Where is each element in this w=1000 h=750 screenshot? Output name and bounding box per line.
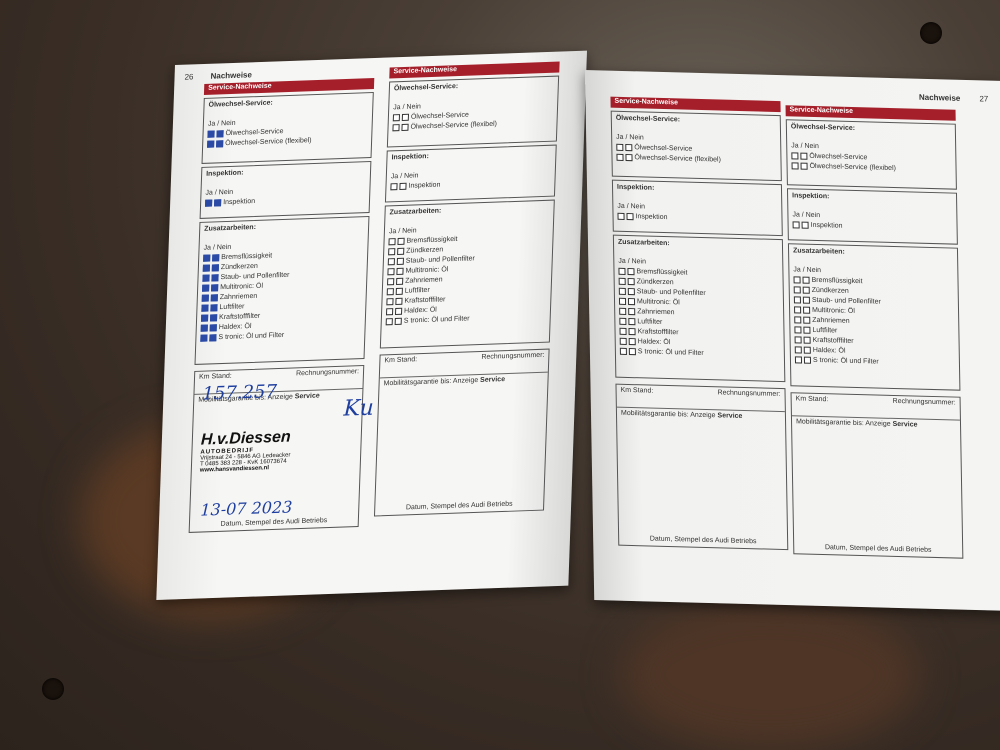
item-label: Inspektion: [811, 222, 843, 230]
checkbox-yes[interactable]: [795, 356, 802, 363]
checklist-item: Zündkerzen: [619, 278, 779, 289]
checkbox-yes[interactable]: [202, 275, 209, 282]
invoice-label: Rechnungsnummer:: [893, 398, 956, 418]
checkbox-yes[interactable]: [620, 338, 627, 345]
service-record-column: Service-Nachweise Ölwechsel-Service: Ja …: [374, 62, 560, 517]
item-label: Staub- und Pollenfilter: [812, 297, 881, 306]
item-label: Staub- und Pollenfilter: [406, 255, 475, 264]
item-label: Multitronic: Öl: [405, 266, 448, 274]
checkbox-no[interactable]: [210, 304, 217, 311]
checklist-item: Ölwechsel-Service (flexibel): [616, 154, 776, 165]
page-header: Nachweise: [919, 93, 961, 103]
service-record-column: Service-Nachweise Ölwechsel-Service: Ja …: [610, 97, 788, 550]
checkbox-yes[interactable]: [207, 141, 214, 148]
page-number: 27: [979, 94, 988, 103]
item-label: Haldex: Öl: [404, 307, 437, 315]
signature: Ku: [343, 396, 374, 422]
checkbox-yes[interactable]: [386, 318, 393, 325]
checkbox-yes[interactable]: [202, 295, 209, 302]
date-stamp-label: Datum, Stempel des Audi Betriebs: [619, 535, 787, 546]
item-label: S tronic: Öl und Filter: [218, 332, 284, 341]
oil-service-box: Ölwechsel-Service: Ja / Nein Ölwechsel-S…: [202, 92, 374, 164]
checklist-item: Kraftstofffilter: [795, 336, 955, 347]
item-label: Luftfilter: [637, 318, 662, 326]
checkbox-yes[interactable]: [203, 265, 210, 272]
checkbox-yes[interactable]: [794, 276, 801, 283]
checkbox-yes[interactable]: [619, 298, 626, 305]
box-title: Ölwechsel-Service:: [208, 96, 368, 109]
stamp-box: Km Stand:Rechnungsnummer: Mobilitätsgara…: [374, 349, 550, 517]
checklist-item: Staub- und Pollenfilter: [619, 288, 779, 299]
item-label: Luftfilter: [812, 327, 837, 335]
box-title: Ölwechsel-Service:: [791, 123, 951, 134]
item-label: Ölwechsel-Service (flexibel): [410, 121, 497, 131]
oil-service-box: Ölwechsel-Service: Ja / Nein Ölwechsel-S…: [387, 76, 559, 148]
checkbox-yes[interactable]: [619, 328, 626, 335]
checklist-item: Zündkerzen: [794, 286, 954, 297]
checkbox-yes[interactable]: [793, 221, 800, 228]
km-label: Km Stand:: [621, 387, 654, 406]
yes-no-label: Ja / Nein: [792, 211, 952, 222]
checkbox-no[interactable]: [803, 297, 810, 304]
checkbox-no[interactable]: [401, 124, 408, 131]
item-label: Ölwechsel-Service: [411, 112, 469, 121]
checkbox-no[interactable]: [803, 287, 810, 294]
item-label: Luftfilter: [405, 287, 430, 295]
checklist-item: Kraftstofffilter: [619, 328, 779, 339]
checkbox-yes[interactable]: [619, 308, 626, 315]
item-label: Bremsflüssigkeit: [812, 277, 863, 285]
checkbox-yes[interactable]: [792, 162, 799, 169]
checkbox-yes[interactable]: [619, 288, 626, 295]
checklist-item: Haldex: Öl: [620, 338, 780, 349]
stamp-box: Km Stand:Rechnungsnummer: Mobilitätsgara…: [791, 392, 964, 558]
checkbox-yes[interactable]: [795, 346, 802, 353]
item-label: S tronic: Öl und Filter: [813, 357, 879, 366]
checkbox-no[interactable]: [803, 307, 810, 314]
item-label: S tronic: Öl und Filter: [638, 348, 704, 357]
checkbox-no[interactable]: [397, 248, 404, 255]
checklist-item: Ölwechsel-Service (flexibel): [207, 135, 367, 148]
checklist-item: S tronic: Öl und Filter: [795, 356, 955, 367]
checkbox-yes[interactable]: [392, 124, 399, 131]
checklist-item: S tronic: Öl und Filter: [620, 348, 780, 359]
checkbox-yes[interactable]: [207, 131, 214, 138]
item-label: Haldex: Öl: [813, 347, 846, 355]
checkbox-yes[interactable]: [203, 255, 210, 262]
checklist-item: Inspektion: [390, 178, 550, 191]
rust-patch: [620, 600, 920, 750]
checklist-item: Zahnriemen: [619, 308, 779, 319]
page-number: 26: [184, 72, 193, 81]
checkbox-no[interactable]: [628, 308, 635, 315]
checkbox-yes[interactable]: [387, 268, 394, 275]
checkbox-yes[interactable]: [390, 183, 397, 190]
km-label: Km Stand:: [796, 395, 829, 414]
item-label: S tronic: Öl und Filter: [404, 315, 470, 324]
checklist-item: Inspektion: [617, 213, 777, 224]
invoice-label: Rechnungsnummer:: [296, 368, 360, 388]
item-label: Inspektion: [408, 182, 440, 190]
checkbox-yes[interactable]: [794, 296, 801, 303]
checkbox-yes[interactable]: [619, 278, 626, 285]
checkbox-no[interactable]: [628, 288, 635, 295]
checkbox-yes[interactable]: [794, 316, 801, 323]
checkbox-no[interactable]: [801, 163, 808, 170]
checkbox-no[interactable]: [803, 277, 810, 284]
handwritten-date: 13-07 2023: [200, 497, 293, 519]
yes-no-label: Ja / Nein: [791, 142, 951, 153]
checkbox-no[interactable]: [210, 314, 217, 321]
item-label: Multitronic: Öl: [812, 307, 855, 315]
handwritten-km: 157.257: [202, 381, 277, 405]
checklist-item: Ölwechsel-Service: [616, 144, 776, 155]
checkbox-no[interactable]: [397, 238, 404, 245]
checklist-item: Zahnriemen: [794, 316, 954, 327]
item-label: Kraftstofffilter: [637, 328, 678, 336]
extra-work-box: Zusatzarbeiten: Ja / Nein Bremsflüssigke…: [613, 235, 785, 382]
checkbox-no[interactable]: [214, 199, 221, 206]
item-label: Bremsflüssigkeit: [636, 268, 687, 276]
checkbox-yes[interactable]: [794, 286, 801, 293]
item-label: Zündkerzen: [221, 263, 258, 271]
box-title: Inspektion:: [206, 165, 366, 178]
checkbox-no[interactable]: [626, 213, 633, 220]
checkbox-yes[interactable]: [205, 200, 212, 207]
checkbox-yes[interactable]: [393, 114, 400, 121]
item-label: Zahnriemen: [220, 293, 258, 301]
checkbox-no[interactable]: [804, 357, 811, 364]
checkbox-no[interactable]: [395, 318, 402, 325]
item-label: Bremsflüssigkeit: [406, 236, 457, 245]
checkbox-yes[interactable]: [388, 248, 395, 255]
checklist-item: Inspektion: [205, 194, 365, 207]
checkbox-yes[interactable]: [388, 238, 395, 245]
checkbox-yes[interactable]: [387, 288, 394, 295]
service-booklet: 26 Nachweise Service-Nachweise Ölwechsel…: [175, 45, 1000, 605]
item-label: Zahnriemen: [637, 308, 674, 316]
item-label: Ölwechsel-Service: [634, 144, 692, 153]
checklist-item: Ölwechsel-Service (flexibel): [792, 162, 952, 173]
box-title: Zusatzarbeiten:: [204, 220, 364, 233]
checkbox-no[interactable]: [395, 308, 402, 315]
invoice-label: Rechnungsnummer:: [717, 389, 780, 409]
item-label: Bremsflüssigkeit: [221, 252, 272, 261]
yes-no-label: Ja / Nein: [616, 134, 776, 145]
checklist-item: S tronic: Öl und Filter: [200, 329, 360, 342]
checkbox-no[interactable]: [212, 254, 219, 261]
item-label: Ölwechsel-Service (flexibel): [810, 163, 896, 172]
checkbox-no[interactable]: [212, 264, 219, 271]
service-record-column: Service-Nachweise Ölwechsel-Service: Ja …: [189, 78, 375, 533]
checkbox-no[interactable]: [802, 222, 809, 229]
checkbox-no[interactable]: [627, 268, 634, 275]
checklist-item: Multitronic: Öl: [794, 306, 954, 317]
item-label: Ölwechsel-Service: [225, 128, 283, 137]
checklist-item: Luftfilter: [794, 326, 954, 337]
item-label: Zahnriemen: [812, 317, 849, 325]
checkbox-yes[interactable]: [202, 285, 209, 292]
checklist-item: Ölwechsel-Service (flexibel): [392, 119, 552, 132]
checkbox-yes[interactable]: [618, 268, 625, 275]
checkbox-no[interactable]: [803, 327, 810, 334]
item-label: Zündkerzen: [406, 246, 443, 254]
inspection-box: Inspektion: Ja / Nein Inspektion: [385, 145, 557, 203]
checkbox-no[interactable]: [396, 278, 403, 285]
checkbox-yes[interactable]: [617, 213, 624, 220]
checkbox-no[interactable]: [396, 288, 403, 295]
checkbox-no[interactable]: [628, 298, 635, 305]
checkbox-yes[interactable]: [791, 152, 798, 159]
checklist-item: Inspektion: [793, 221, 953, 232]
box-title: Zusatzarbeiten:: [618, 239, 778, 250]
dealer-stamp: H.v.DiessenAUTOBEDRIJFVrijstraat 24 - 58…: [200, 428, 292, 473]
checkbox-no[interactable]: [210, 324, 217, 331]
page-header: Nachweise: [210, 70, 252, 80]
stamp-box: Km Stand:Rechnungsnummer: Mobilitätsgara…: [189, 365, 365, 533]
checkbox-yes[interactable]: [616, 144, 623, 151]
extra-work-box: Zusatzarbeiten: Ja / Nein Bremsflüssigke…: [788, 243, 960, 390]
checkbox-no[interactable]: [628, 318, 635, 325]
checkbox-yes[interactable]: [200, 335, 207, 342]
checkbox-no[interactable]: [395, 298, 402, 305]
checkbox-no[interactable]: [211, 284, 218, 291]
item-label: Staub- und Pollenfilter: [220, 272, 289, 281]
checklist-item: Bremsflüssigkeit: [794, 276, 954, 287]
extra-work-box: Zusatzarbeiten: Ja / Nein Bremsflüssigke…: [194, 216, 369, 365]
checkbox-no[interactable]: [216, 130, 223, 137]
yes-no-label: Ja / Nein: [618, 258, 778, 269]
item-label: Inspektion: [223, 198, 255, 206]
item-label: Multitronic: Öl: [637, 298, 680, 306]
checklist-item: Haldex: Öl: [795, 346, 955, 357]
box-title: Inspektion:: [792, 192, 952, 203]
checkbox-yes[interactable]: [619, 318, 626, 325]
checkbox-no[interactable]: [628, 278, 635, 285]
oil-service-box: Ölwechsel-Service: Ja / Nein Ölwechsel-S…: [611, 111, 782, 181]
item-label: Luftfilter: [219, 303, 244, 311]
item-label: Zahnriemen: [405, 276, 443, 284]
service-record-column: Service-Nachweise Ölwechsel-Service: Ja …: [786, 105, 964, 558]
date-stamp-label: Datum, Stempel des Audi Betriebs: [375, 500, 543, 513]
checkbox-yes[interactable]: [794, 306, 801, 313]
checkbox-yes[interactable]: [388, 258, 395, 265]
item-label: Haldex: Öl: [219, 323, 252, 331]
yes-no-label: Ja / Nein: [617, 203, 777, 214]
item-label: Ölwechsel-Service: [809, 153, 867, 162]
bolt-hole: [42, 678, 64, 700]
checkbox-no[interactable]: [211, 274, 218, 281]
box-title: Ölwechsel-Service:: [394, 80, 554, 93]
inspection-box: Inspektion: Ja / Nein Inspektion: [200, 161, 372, 219]
checklist-item: Bremsflüssigkeit: [618, 268, 778, 279]
box-title: Ölwechsel-Service:: [616, 115, 776, 126]
bolt-hole: [920, 22, 942, 44]
section-banner: Service-Nachweise: [610, 97, 780, 112]
oil-service-box: Ölwechsel-Service: Ja / Nein Ölwechsel-S…: [786, 119, 957, 189]
checkbox-no[interactable]: [628, 328, 635, 335]
item-label: Kraftstofffilter: [404, 296, 445, 304]
checkbox-yes[interactable]: [794, 326, 801, 333]
km-label: Km Stand:: [384, 356, 417, 375]
checkbox-yes[interactable]: [201, 315, 208, 322]
item-label: Ölwechsel-Service (flexibel): [225, 137, 312, 147]
checkbox-no[interactable]: [804, 337, 811, 344]
checkbox-no[interactable]: [211, 294, 218, 301]
item-label: Zündkerzen: [812, 287, 849, 295]
checkbox-no[interactable]: [399, 183, 406, 190]
inspection-box: Inspektion: Ja / Nein Inspektion: [612, 180, 783, 236]
checkbox-no[interactable]: [396, 268, 403, 275]
extra-work-box: Zusatzarbeiten: Ja / Nein Bremsflüssigke…: [380, 200, 555, 349]
checkbox-yes[interactable]: [795, 336, 802, 343]
box-title: Zusatzarbeiten:: [793, 247, 953, 258]
checkbox-yes[interactable]: [386, 308, 393, 315]
checkbox-yes[interactable]: [616, 154, 623, 161]
box-title: Zusatzarbeiten:: [389, 204, 549, 217]
checklist-item: Ölwechsel-Service: [791, 152, 951, 163]
checkbox-no[interactable]: [804, 347, 811, 354]
checkbox-yes[interactable]: [620, 348, 627, 355]
inspection-box: Inspektion: Ja / Nein Inspektion: [787, 188, 958, 244]
checkbox-yes[interactable]: [201, 325, 208, 332]
checkbox-no[interactable]: [629, 338, 636, 345]
checklist-item: Staub- und Pollenfilter: [794, 296, 954, 307]
invoice-label: Rechnungsnummer:: [481, 352, 545, 372]
checklist-item: Multitronic: Öl: [619, 298, 779, 309]
item-label: Staub- und Pollenfilter: [637, 288, 706, 297]
checkbox-no[interactable]: [625, 144, 632, 151]
checkbox-no[interactable]: [629, 348, 636, 355]
item-label: Zündkerzen: [637, 278, 674, 286]
checkbox-no[interactable]: [216, 140, 223, 147]
item-label: Kraftstofffilter: [219, 313, 260, 321]
checkbox-no[interactable]: [800, 153, 807, 160]
box-title: Inspektion:: [617, 184, 777, 195]
stamp-box: Km Stand:Rechnungsnummer: Mobilitätsgara…: [615, 384, 788, 550]
checklist-item: Luftfilter: [619, 318, 779, 329]
item-label: Haldex: Öl: [638, 338, 671, 346]
checkbox-yes[interactable]: [201, 305, 208, 312]
item-label: Kraftstofffilter: [813, 337, 854, 345]
checklist-item: S tronic: Öl und Filter: [386, 313, 546, 326]
page-right: Nachweise 27 Service-Nachweise Ölwechsel…: [585, 70, 1000, 611]
checkbox-yes[interactable]: [387, 278, 394, 285]
checkbox-no[interactable]: [209, 334, 216, 341]
item-label: Ölwechsel-Service (flexibel): [634, 154, 720, 163]
page-left: 26 Nachweise Service-Nachweise Ölwechsel…: [156, 51, 587, 600]
date-stamp-label: Datum, Stempel des Audi Betriebs: [794, 543, 962, 554]
checkbox-no[interactable]: [402, 114, 409, 121]
checkbox-no[interactable]: [397, 258, 404, 265]
checkbox-no[interactable]: [803, 317, 810, 324]
yes-no-label: Ja / Nein: [793, 266, 953, 277]
item-label: Multitronic: Öl: [220, 283, 263, 291]
box-title: Inspektion:: [391, 149, 551, 162]
checkbox-yes[interactable]: [386, 298, 393, 305]
item-label: Inspektion: [635, 213, 667, 221]
checkbox-no[interactable]: [625, 154, 632, 161]
section-banner: Service-Nachweise: [786, 105, 956, 120]
